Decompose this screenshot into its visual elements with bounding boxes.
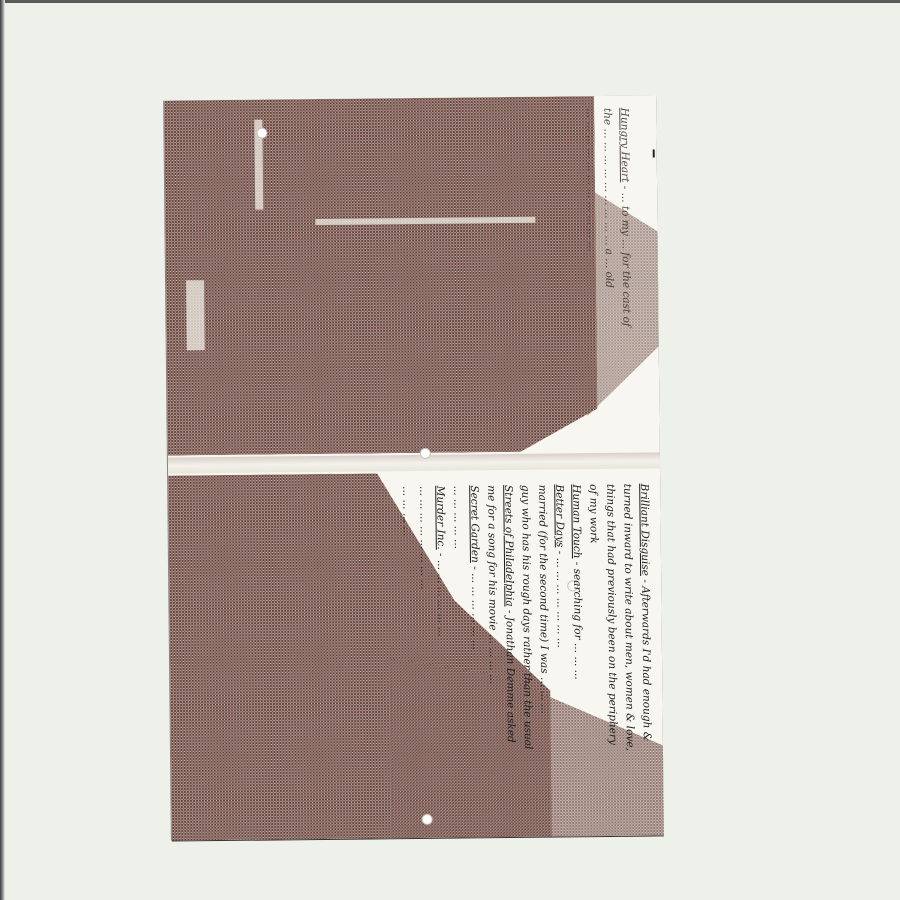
punch-hole	[422, 814, 433, 825]
text-line: ... ... ... ... ... ... ... ...	[414, 486, 434, 753]
text-line: Brilliant Disguise - Afterwards I'd had …	[635, 484, 655, 751]
text-line: me for a song for his movie ... ... ... …	[482, 485, 502, 752]
text-line: ... ... ... ... ...	[448, 485, 468, 752]
text-line: married (for the second time) I was ... …	[533, 485, 553, 752]
text-line: Secret Garden - ... ... ... ... ... ...	[465, 485, 485, 752]
bottom-half-text: Brilliant Disguise - Afterwards I'd had …	[397, 484, 655, 754]
text-line: Human Touch - searching for ... ... ...	[567, 484, 587, 751]
text-line: ... ... ... ... ... ... ... ... ... ... …	[581, 108, 600, 327]
scanner-edge-top	[0, 0, 900, 3]
text-line: things that had previously been on the p…	[601, 484, 621, 751]
text-line: turned inward to write about men, women …	[618, 484, 638, 751]
text-line: guy who has his rough days rather than t…	[516, 485, 536, 752]
text-line: Streets of Philadelphia - Jonathan Demme…	[499, 485, 519, 752]
halftone-photo-top	[164, 96, 598, 455]
text-line: of my work	[584, 484, 604, 751]
punch-hole	[420, 448, 431, 459]
center-fold	[168, 452, 660, 473]
text-line: Hungry Heart - ... to my ... for the cas…	[615, 108, 634, 327]
top-half-text: Hungry Heart - ... to my ... for the cas…	[581, 108, 634, 328]
punch-hole	[256, 128, 267, 139]
scanner-edge-left	[0, 0, 5, 900]
text-line: Murder Inc. - ... ... ... ... ... ...	[431, 486, 451, 753]
photo-highlight	[186, 280, 205, 350]
text-line: the ... ... ... ... ... ... ... ... ... …	[598, 108, 617, 327]
text-line: Better Days - ... ... ... ... ... ... ..…	[550, 484, 570, 751]
text-line: ... ... ... ...	[397, 486, 417, 753]
liner-notes-sheet: Hungry Heart - ... to my ... for the cas…	[164, 95, 664, 840]
crop-mark	[653, 149, 655, 157]
